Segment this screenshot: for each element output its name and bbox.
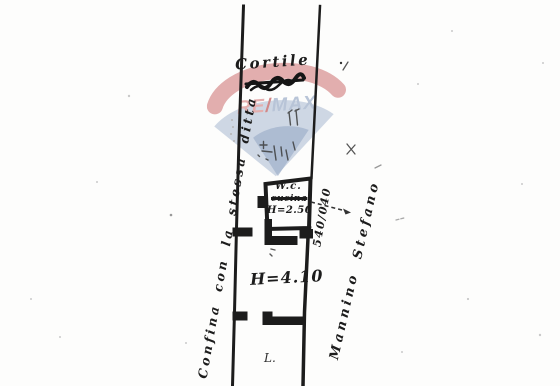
scan-speckles bbox=[30, 30, 544, 353]
wall-top-band bbox=[265, 236, 298, 245]
wall-right-boundary bbox=[312, 6, 321, 178]
wall-partition-lip bbox=[263, 312, 273, 318]
plan-linework bbox=[0, 0, 560, 386]
wall-wc-door-jamb bbox=[258, 196, 267, 208]
wall-partition-band bbox=[263, 317, 304, 326]
pencil-x-mark bbox=[347, 144, 355, 154]
wall-right-building bbox=[303, 228, 310, 386]
wall-wc-room bbox=[266, 179, 311, 230]
reference-arrow bbox=[311, 202, 351, 215]
wall-flange-right-top bbox=[300, 229, 314, 239]
pencil-marks-right bbox=[340, 62, 404, 220]
struck-out-word-scribble bbox=[246, 74, 304, 90]
wall-flange-left-top bbox=[233, 228, 253, 237]
wall-left-boundary bbox=[233, 6, 244, 386]
scanned-floor-plan-page: RE/MAX bbox=[0, 0, 560, 386]
wall-flange-left-partition bbox=[233, 312, 248, 321]
